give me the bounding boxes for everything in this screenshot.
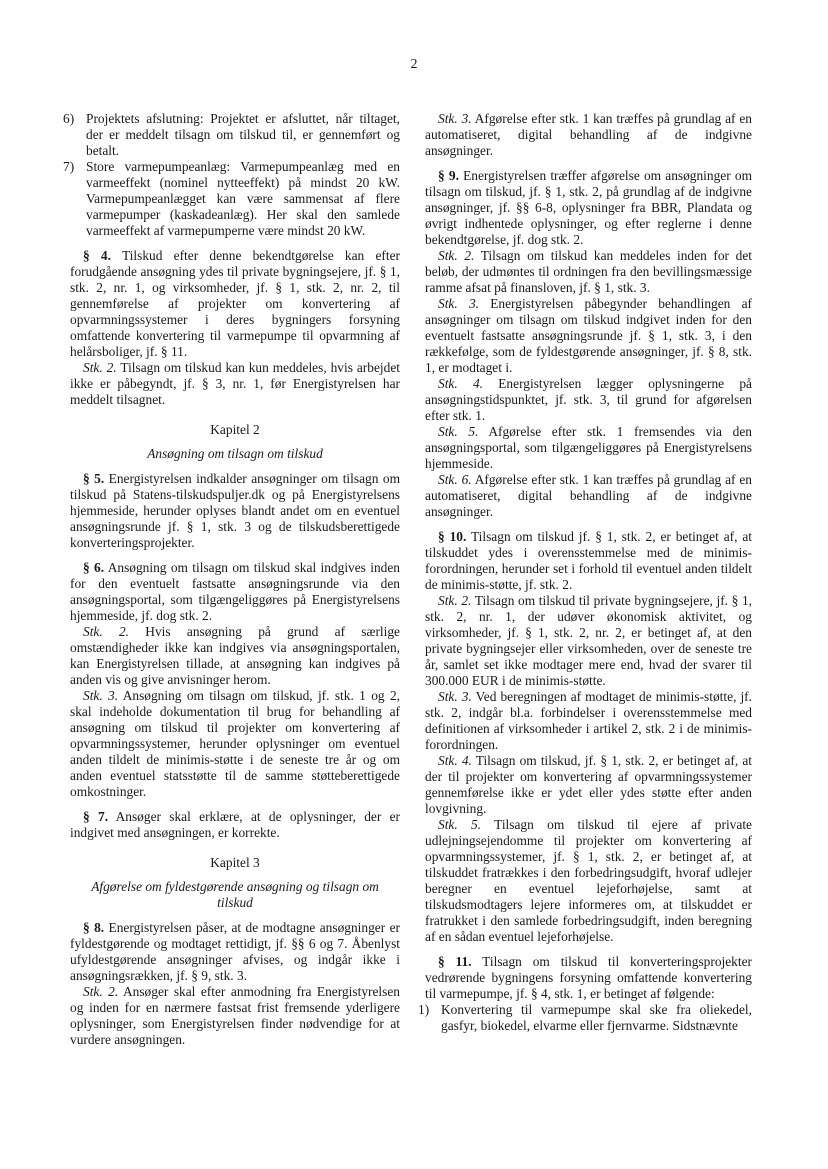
section-label: § 9. [438, 168, 459, 183]
stk-text: Afgørelse efter stk. 1 kan træffes på gr… [425, 111, 752, 158]
stk-label: Stk. 4. [438, 753, 472, 768]
stk-label: Stk. 3. [83, 688, 118, 703]
paragraph-10-stk-3: Stk. 3. Ved beregningen af modtaget de m… [425, 689, 752, 753]
section-text: Tilsagn om tilskud jf. § 1, stk. 2, er b… [425, 529, 752, 592]
section-text: Energistyrelsen indkalder ansøgninger om… [70, 471, 400, 550]
stk-label: Stk. 2. [83, 360, 117, 375]
list-item: 7) Store varmepumpeanlæg: Varmepumpeanlæ… [70, 159, 400, 239]
section-text: Energistyrelsen påser, at de modtagne an… [70, 920, 400, 983]
section-label: § 8. [83, 920, 104, 935]
section-text: Ansøger skal erklære, at de oplysninger,… [70, 809, 400, 840]
stk-label: Stk. 2. [83, 984, 118, 999]
paragraph-8-stk-3: Stk. 3. Afgørelse efter stk. 1 kan træff… [425, 111, 752, 159]
paragraph-9-stk-2: Stk. 2. Tilsagn om tilskud kan meddeles … [425, 248, 752, 296]
stk-label: Stk. 4. [438, 376, 483, 391]
paragraph-6-stk-3: Stk. 3. Ansøgning om tilsagn om tilskud,… [70, 688, 400, 800]
paragraph-8: § 8. Energistyrelsen påser, at de modtag… [70, 920, 400, 984]
stk-text: Tilsagn om tilskud til private bygningse… [425, 593, 752, 688]
paragraph-8-stk-2: Stk. 2. Ansøger skal efter anmodning fra… [70, 984, 400, 1048]
page-number: 2 [0, 57, 828, 73]
section-label: § 5. [83, 471, 104, 486]
paragraph-6: § 6. Ansøgning om tilsagn om tilskud ska… [70, 560, 400, 624]
chapter-heading: Kapitel 3 [70, 855, 400, 871]
section-text: Ansøgning om tilsagn om tilskud skal ind… [70, 560, 400, 623]
stk-label: Stk. 6. [438, 472, 472, 487]
section-label: § 6. [83, 560, 104, 575]
section-text: Tilsagn om tilskud til konverteringsproj… [425, 954, 752, 1001]
stk-label: Stk. 5. [438, 817, 481, 832]
stk-label: Stk. 3. [438, 689, 472, 704]
paragraph-5: § 5. Energistyrelsen indkalder ansøgning… [70, 471, 400, 551]
stk-label: Stk. 2. [438, 248, 474, 263]
chapter-title: Ansøgning om tilsagn om tilskud [70, 446, 400, 462]
list-item-number: 6) [63, 111, 86, 159]
list-item-number: 1) [418, 1002, 441, 1034]
stk-text: Tilsagn om tilskud, jf. § 1, stk. 2, er … [425, 753, 752, 816]
paragraph-10-stk-5: Stk. 5. Tilsagn om tilskud til ejere af … [425, 817, 752, 945]
paragraph-9-stk-3: Stk. 3. Energistyrelsen påbegynder behan… [425, 296, 752, 376]
paragraph-7: § 7. Ansøger skal erklære, at de oplysni… [70, 809, 400, 841]
stk-text: Afgørelse efter stk. 1 kan træffes på gr… [425, 472, 752, 519]
stk-text: Tilsagn om tilskud kan kun meddeles, hvi… [70, 360, 400, 407]
right-column: Stk. 3. Afgørelse efter stk. 1 kan træff… [425, 111, 752, 1034]
left-column: 6) Projektets afslutning: Projektet er a… [70, 111, 400, 1048]
stk-label: Stk. 5. [438, 424, 478, 439]
stk-text: Tilsagn om tilskud kan meddeles inden fo… [425, 248, 752, 295]
stk-text: Tilsagn om tilskud til ejere af private … [425, 817, 752, 944]
list-item: 1) Konvertering til varmepumpe skal ske … [425, 1002, 752, 1034]
stk-text: Ansøger skal efter anmodning fra Energis… [70, 984, 400, 1047]
list-item-text: Konvertering til varmepumpe skal ske fra… [441, 1002, 752, 1034]
stk-label: Stk. 2. [438, 593, 471, 608]
stk-label: Stk. 3. [438, 296, 479, 311]
chapter-title: Afgørelse om fyldestgørende ansøgning og… [70, 879, 400, 911]
stk-label: Stk. 3. [438, 111, 472, 126]
section-text: Tilskud efter denne bekendtgørelse kan e… [70, 248, 400, 359]
paragraph-4: § 4. Tilskud efter denne bekendtgørelse … [70, 248, 400, 360]
section-label: § 10. [438, 529, 466, 544]
chapter-heading: Kapitel 2 [70, 422, 400, 438]
paragraph-9-stk-6: Stk. 6. Afgørelse efter stk. 1 kan træff… [425, 472, 752, 520]
section-label: § 7. [83, 809, 108, 824]
paragraph-10: § 10. Tilsagn om tilskud jf. § 1, stk. 2… [425, 529, 752, 593]
stk-text: Ansøgning om tilsagn om tilskud, jf. stk… [70, 688, 400, 799]
paragraph-11: § 11. Tilsagn om tilskud til konverterin… [425, 954, 752, 1002]
stk-label: Stk. 2. [83, 624, 129, 639]
section-text: Energistyrelsen træffer afgørelse om ans… [425, 168, 752, 247]
list-item: 6) Projektets afslutning: Projektet er a… [70, 111, 400, 159]
paragraph-10-stk-2: Stk. 2. Tilsagn om tilskud til private b… [425, 593, 752, 689]
paragraph-9: § 9. Energistyrelsen træffer afgørelse o… [425, 168, 752, 248]
section-label: § 4. [83, 248, 111, 263]
list-item-text: Projektets afslutning: Projektet er afsl… [86, 111, 400, 159]
paragraph-10-stk-4: Stk. 4. Tilsagn om tilskud, jf. § 1, stk… [425, 753, 752, 817]
paragraph-6-stk-2: Stk. 2. Hvis ansøgning på grund af særli… [70, 624, 400, 688]
paragraph-4-stk-2: Stk. 2. Tilsagn om tilskud kan kun medde… [70, 360, 400, 408]
stk-text: Ved beregningen af modtaget de minimis-s… [425, 689, 752, 752]
list-item-text: Store varmepumpeanlæg: Varmepumpeanlæg m… [86, 159, 400, 239]
paragraph-9-stk-4: Stk. 4. Energistyrelsen lægger oplysning… [425, 376, 752, 424]
list-item-number: 7) [63, 159, 86, 239]
section-label: § 11. [438, 954, 472, 969]
paragraph-9-stk-5: Stk. 5. Afgørelse efter stk. 1 fremsende… [425, 424, 752, 472]
